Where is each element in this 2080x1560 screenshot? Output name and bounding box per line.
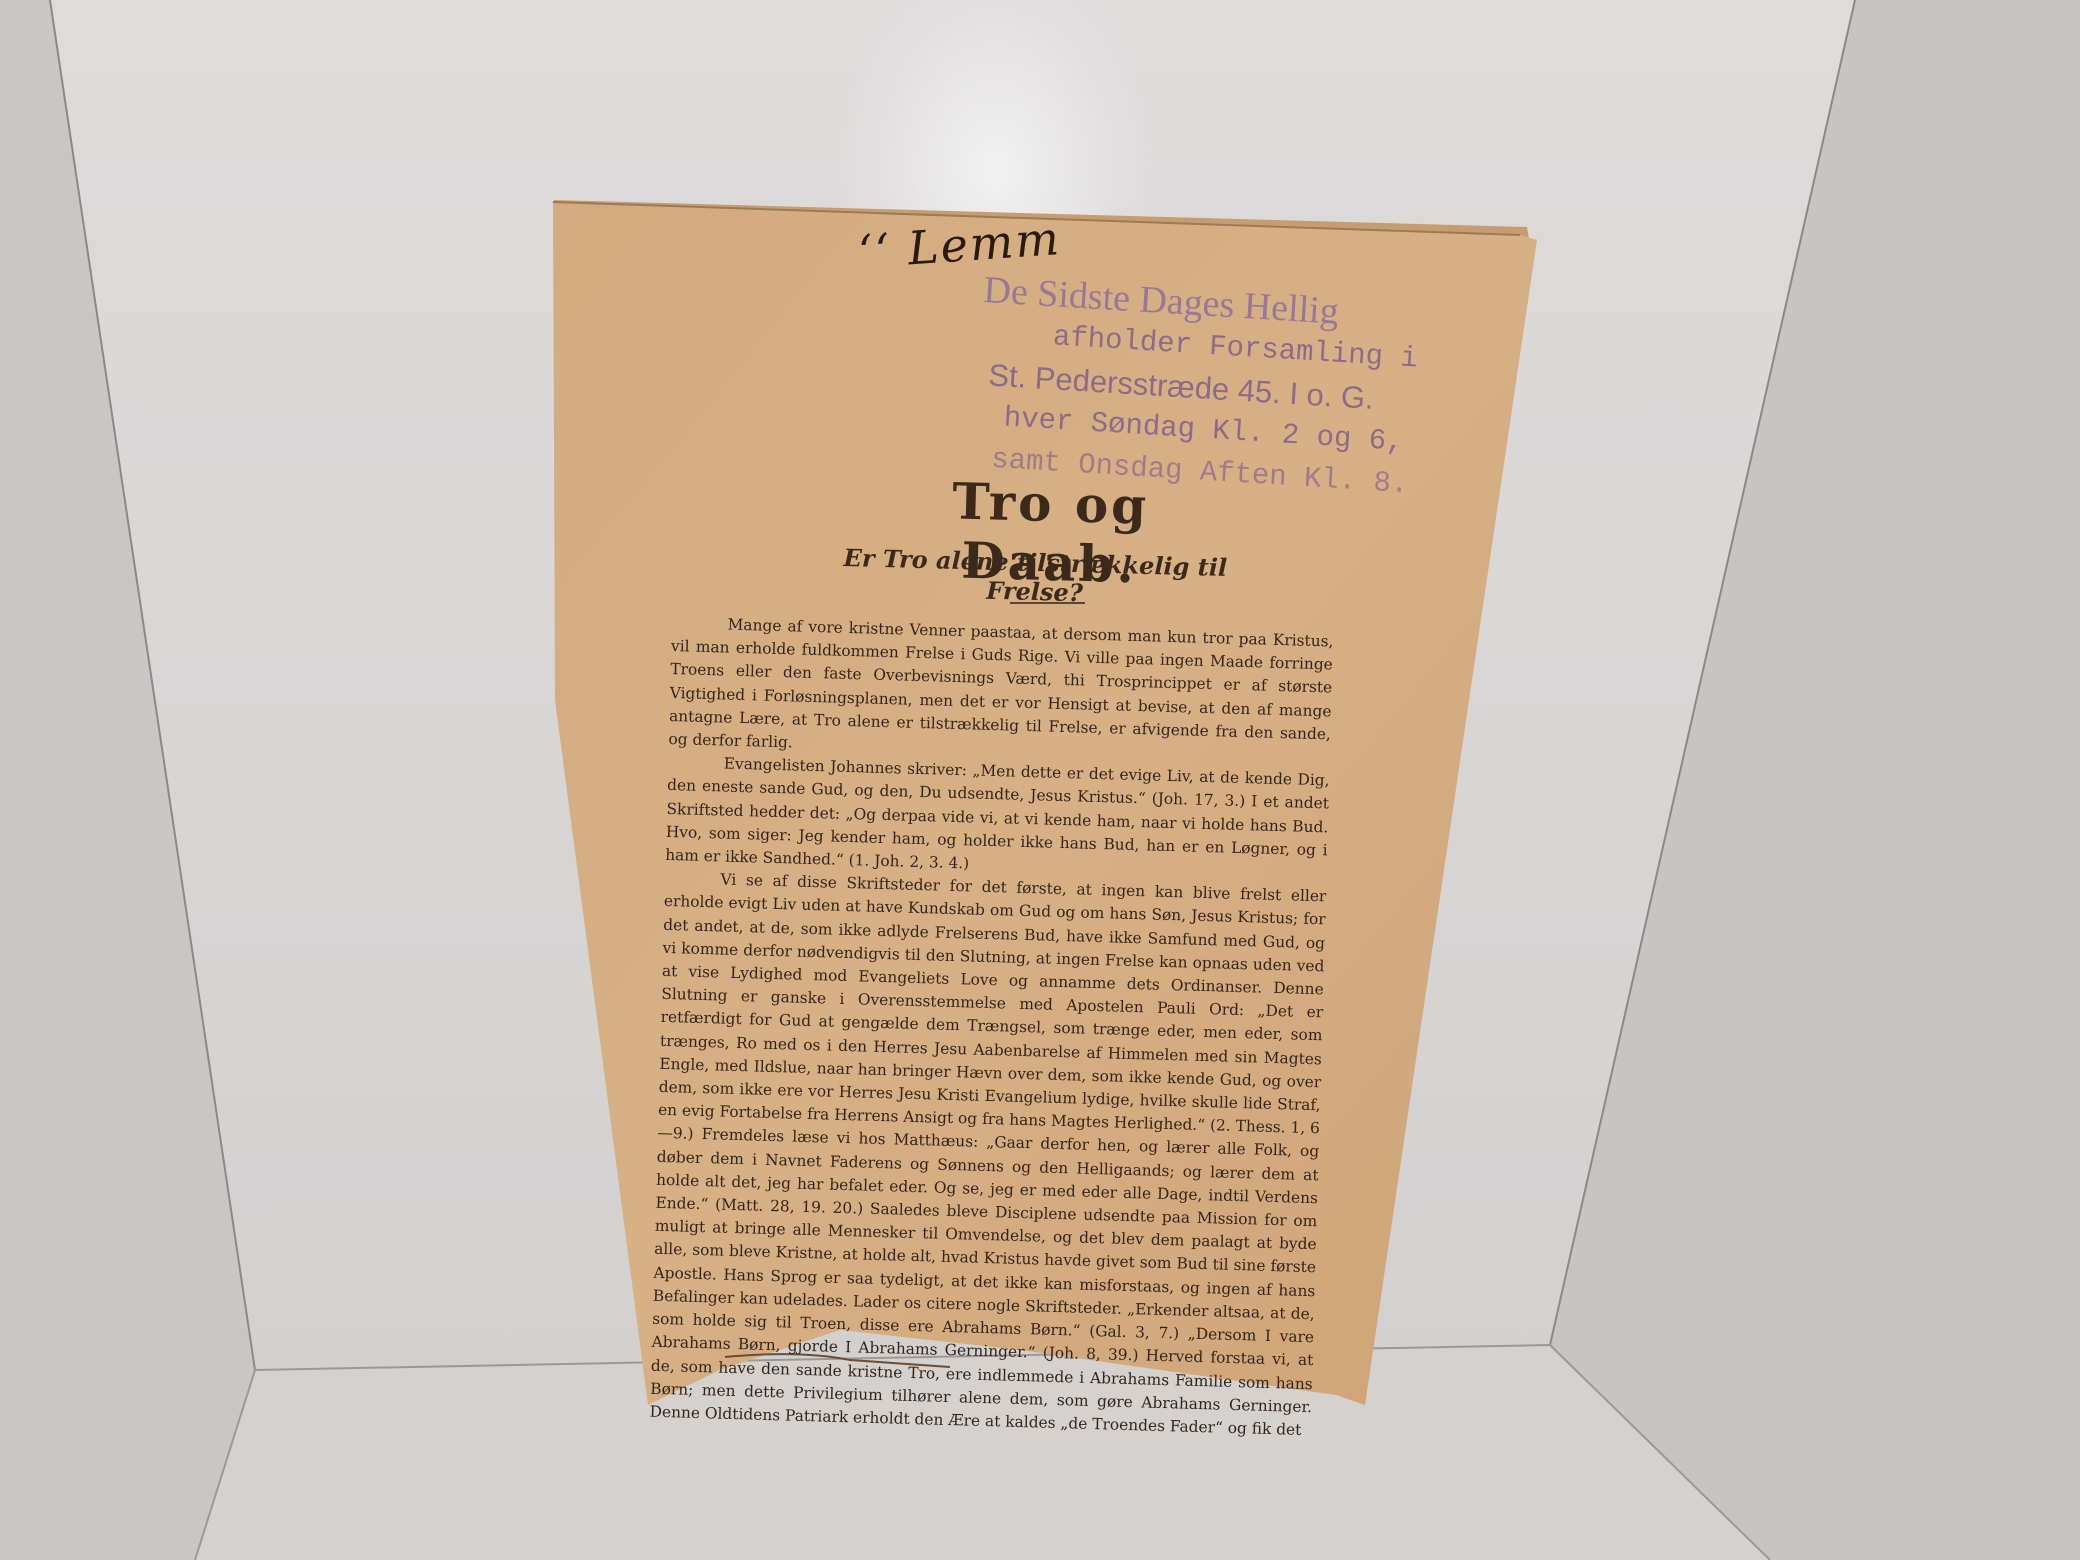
lightbox-scene — [0, 0, 2080, 1560]
floor — [195, 1345, 1770, 1560]
document-paper — [553, 202, 1537, 1405]
